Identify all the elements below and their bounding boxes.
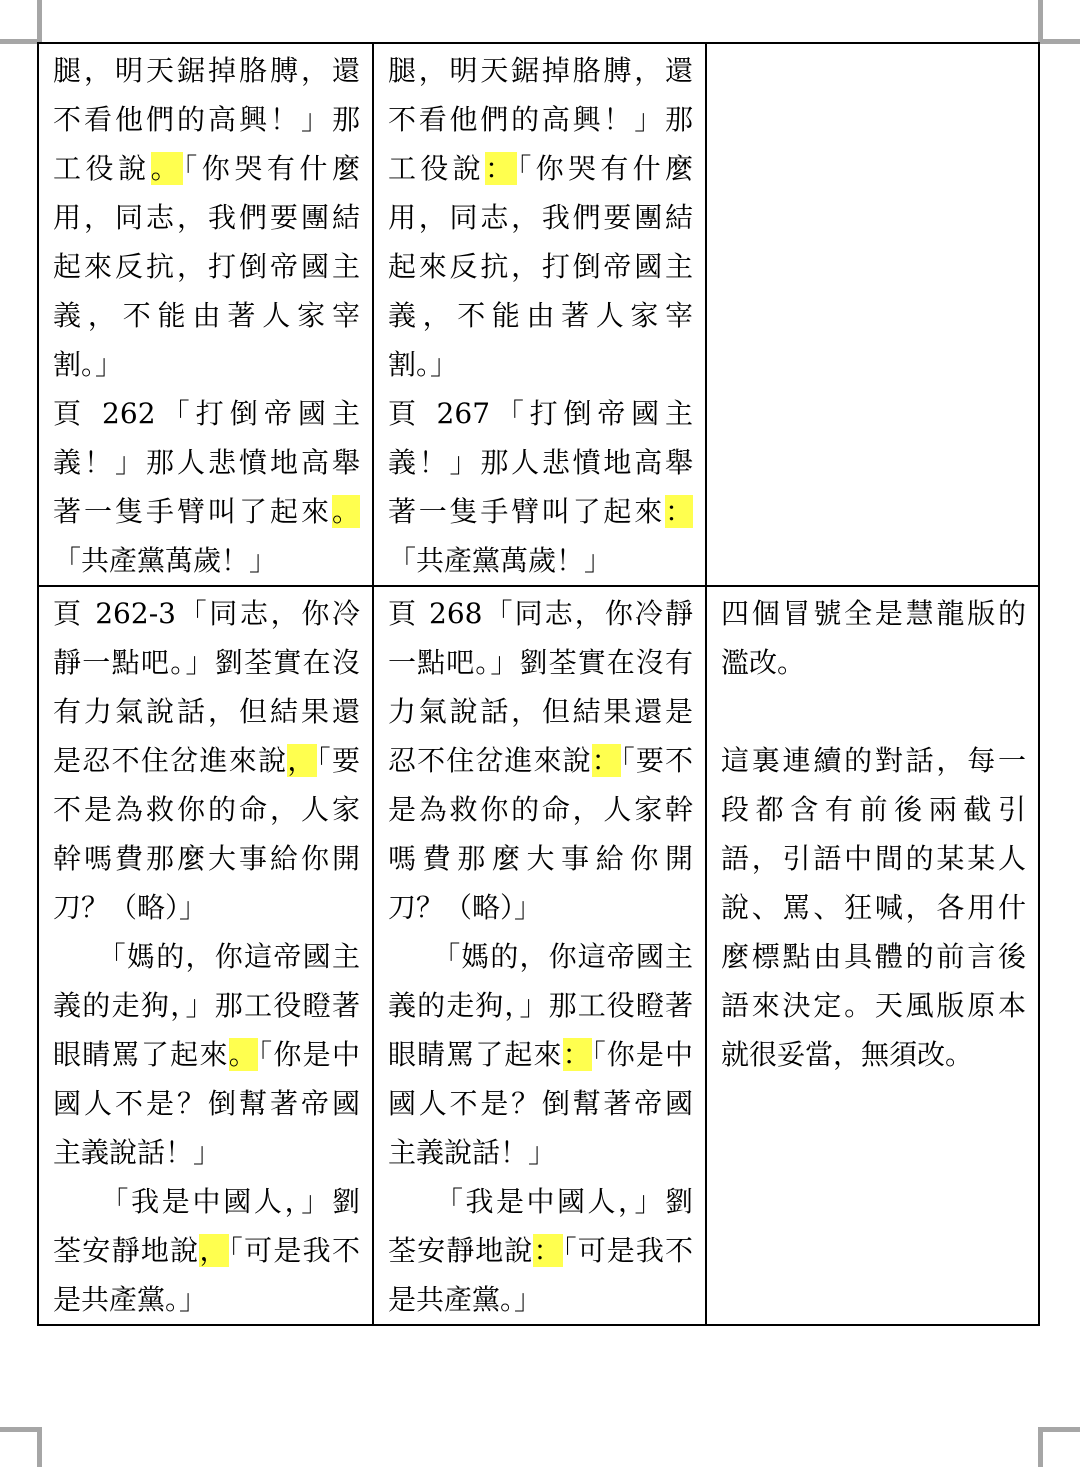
highlighted-punctuation: ，: [287, 744, 316, 777]
cell-comment: 四個冒號全是慧龍版的濫改。 這裏連續的對話，每一段都含有前後兩截引語，引語中間的…: [706, 586, 1039, 1325]
paragraph: 「媽的，你這帝國主義的走狗，」那工役瞪著眼睛罵了起來：「你是中國人不是？倒幫著帝…: [388, 932, 693, 1177]
text-run: 這裏連續的對話，每一段都含有前後兩截引語，引語中間的某某人說、罵、狂喊，各用什麼…: [721, 744, 1026, 1071]
text-run: 四個冒號全是慧龍版的濫改。: [721, 597, 1026, 679]
cell-comment-empty: [706, 43, 1039, 586]
text-run: 「你哭有什麼用，同志，我們要團結起來反抗，打倒帝國主義，不能由著人家宰割。」: [388, 152, 693, 381]
comparison-table: 腿，明天鋸掉胳膊，還不看他們的高興！」那工役說。「你哭有什麼用，同志，我們要團結…: [37, 42, 1040, 1326]
cell-huilong-version: 頁 268「同志，你冷靜一點吧。」劉荃實在沒有力氣說話，但結果還是忍不住岔進來說…: [373, 586, 706, 1325]
paragraph: 頁 267「打倒帝國主義！」那人悲憤地高舉著一隻手臂叫了起來：「共產黨萬歲！」: [388, 389, 693, 585]
highlighted-punctuation: 。: [332, 495, 360, 528]
paragraph: 「我是中國人，」劉荃安靜地說，「可是我不是共產黨。」: [53, 1177, 360, 1324]
document-page: 腿，明天鋸掉胳膊，還不看他們的高興！」那工役說。「你哭有什麼用，同志，我們要團結…: [0, 0, 1080, 1467]
crop-mark-bottom-left: [0, 1427, 42, 1467]
paragraph: 「媽的，你這帝國主義的走狗，」那工役瞪著眼睛罵了起來。「你是中國人不是？倒幫著帝…: [53, 932, 360, 1177]
paragraph: 腿，明天鋸掉胳膊，還不看他們的高興！」那工役說。「你哭有什麼用，同志，我們要團結…: [53, 46, 360, 389]
text-run: 「共產黨萬歲！」: [388, 544, 612, 577]
text-run: 「共產黨萬歲！」: [53, 544, 277, 577]
highlighted-punctuation: ：: [563, 1038, 592, 1071]
highlighted-punctuation: ：: [665, 495, 693, 528]
cell-tianfeng-version-continued: 腿，明天鋸掉胳膊，還不看他們的高興！」那工役說。「你哭有什麼用，同志，我們要團結…: [38, 43, 373, 586]
paragraph: 四個冒號全是慧龍版的濫改。: [721, 589, 1026, 687]
paragraph: 這裏連續的對話，每一段都含有前後兩截引語，引語中間的某某人說、罵、狂喊，各用什麼…: [721, 736, 1026, 1079]
crop-mark-top-left: [0, 0, 42, 44]
paragraph: 「我是中國人，」劉荃安靜地說：「可是我不是共產黨。」: [388, 1177, 693, 1324]
crop-mark-top-right: [1038, 0, 1080, 44]
paragraph: 腿，明天鋸掉胳膊，還不看他們的高興！」那工役說：「你哭有什麼用，同志，我們要團結…: [388, 46, 693, 389]
text-run: 頁 267「打倒帝國主義！」那人悲憤地高舉著一隻手臂叫了起來: [388, 397, 693, 528]
cell-tianfeng-version: 頁 262-3「同志，你冷靜一點吧。」劉荃實在沒有力氣說話，但結果還是忍不住岔進…: [38, 586, 373, 1325]
highlighted-punctuation: ，: [199, 1234, 228, 1267]
paragraph: 頁 262「打倒帝國主義！」那人悲憤地高舉著一隻手臂叫了起來。「共產黨萬歲！」: [53, 389, 360, 585]
paragraph: 頁 268「同志，你冷靜一點吧。」劉荃實在沒有力氣說話，但結果還是忍不住岔進來說…: [388, 589, 693, 932]
highlighted-punctuation: 。: [151, 152, 184, 185]
highlighted-punctuation: ：: [592, 744, 621, 777]
table-row-continued: 腿，明天鋸掉胳膊，還不看他們的高興！」那工役說。「你哭有什麼用，同志，我們要團結…: [38, 43, 1039, 586]
highlighted-punctuation: 。: [229, 1038, 258, 1071]
paragraph: 頁 262-3「同志，你冷靜一點吧。」劉荃實在沒有力氣說話，但結果還是忍不住岔進…: [53, 589, 360, 932]
text-run: 「你哭有什麼用，同志，我們要團結起來反抗，打倒帝國主義，不能由著人家宰割。」: [53, 152, 360, 381]
table-row-comparison: 頁 262-3「同志，你冷靜一點吧。」劉荃實在沒有力氣說話，但結果還是忍不住岔進…: [38, 586, 1039, 1325]
text-run: 頁 262「打倒帝國主義！」那人悲憤地高舉著一隻手臂叫了起來: [53, 397, 360, 528]
highlighted-punctuation: ：: [485, 152, 517, 185]
cell-huilong-version-continued: 腿，明天鋸掉胳膊，還不看他們的高興！」那工役說：「你哭有什麼用，同志，我們要團結…: [373, 43, 706, 586]
paragraph: [721, 687, 1026, 736]
crop-mark-bottom-right: [1038, 1427, 1080, 1467]
highlighted-punctuation: ：: [533, 1234, 562, 1267]
